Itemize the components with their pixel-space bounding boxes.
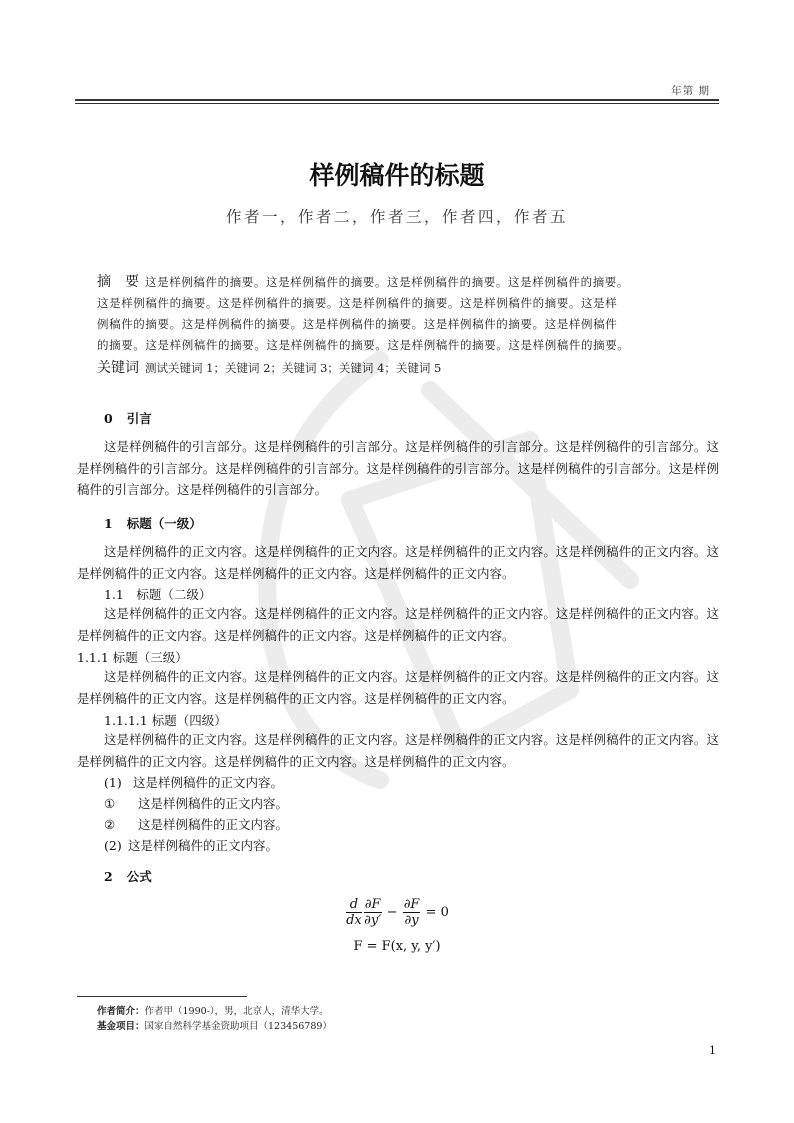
section-heading-1-1: 1.1 标题（二级） — [104, 585, 211, 603]
list-item: ②这是样例稿件的正文内容。 — [104, 815, 288, 833]
keywords-label: 关键词 — [97, 360, 139, 376]
footnote-author-bio: 作者简介：作者甲（1990-），男，北京人，清华大学。 — [97, 1003, 329, 1017]
keywords-line: 关键词测试关键词 1；关键词 2；关键词 3；关键词 4；关键词 5 — [97, 357, 441, 377]
section-1-1-1-paragraph: 这是样例稿件的正文内容。这是样例稿件的正文内容。这是样例稿件的正文内容。这是样例… — [77, 666, 719, 709]
list-item: (2)这是样例稿件的正文内容。 — [104, 836, 278, 854]
section-heading-2: 2公式 — [104, 867, 152, 885]
authors-line: 作者一，作者二，作者三，作者四，作者五 — [0, 205, 794, 227]
section-heading-1-1-1-1: 1.1.1.1 标题（四级） — [104, 711, 227, 729]
abstract-line-4: 的摘要。这是样例稿件的摘要。这是样例稿件的摘要。这是样例稿件的摘要。这是样例稿件… — [97, 335, 699, 356]
section-heading-1-1-1: 1.1.1 标题（三级） — [77, 648, 188, 666]
list-item: (1)这是样例稿件的正文内容。 — [104, 773, 283, 791]
abstract-line-1: 摘要这是样例稿件的摘要。这是样例稿件的摘要。这是样例稿件的摘要。这是样例稿件的摘… — [97, 272, 699, 293]
footnote-rule — [77, 996, 247, 997]
issue-label: 年第 期 — [671, 83, 710, 98]
abstract-line-2: 这是样例稿件的摘要。这是样例稿件的摘要。这是样例稿件的摘要。这是样例稿件的摘要。… — [97, 293, 699, 314]
equation-2: F = F(x, y, y′) — [0, 939, 794, 954]
section-heading-intro: 0引言 — [104, 409, 152, 427]
footnote-funding: 基金项目：国家自然科学基金资助项目（123456789） — [97, 1018, 332, 1032]
abstract-line-3: 例稿件的摘要。这是样例稿件的摘要。这是样例稿件的摘要。这是样例稿件的摘要。这是样… — [97, 314, 699, 335]
paper-page: 年第 期 样例稿件的标题 作者一，作者二，作者三，作者四，作者五 摘要这是样例稿… — [0, 0, 794, 1123]
abstract-block: 摘要这是样例稿件的摘要。这是样例稿件的摘要。这是样例稿件的摘要。这是样例稿件的摘… — [97, 272, 699, 356]
equation-1: ddx∂F∂y′ − ∂F∂y = 0 — [0, 897, 794, 928]
page-number: 1 — [709, 1044, 716, 1057]
section-1-1-paragraph: 这是样例稿件的正文内容。这是样例稿件的正文内容。这是样例稿件的正文内容。这是样例… — [77, 603, 719, 646]
section-heading-1: 1标题（一级） — [104, 514, 202, 532]
intro-paragraph: 这是样例稿件的引言部分。这是样例稿件的引言部分。这是样例稿件的引言部分。这是样例… — [77, 436, 719, 501]
header-rule — [75, 99, 719, 104]
paper-title: 样例稿件的标题 — [0, 156, 794, 192]
section-1-1-1-1-paragraph: 这是样例稿件的正文内容。这是样例稿件的正文内容。这是样例稿件的正文内容。这是样例… — [77, 729, 719, 772]
abstract-label: 摘要 — [97, 274, 139, 290]
keywords-text: 测试关键词 1；关键词 2；关键词 3；关键词 4；关键词 5 — [145, 361, 441, 375]
section-1-paragraph: 这是样例稿件的正文内容。这是样例稿件的正文内容。这是样例稿件的正文内容。这是样例… — [77, 541, 719, 584]
list-item: ①这是样例稿件的正文内容。 — [104, 794, 288, 812]
